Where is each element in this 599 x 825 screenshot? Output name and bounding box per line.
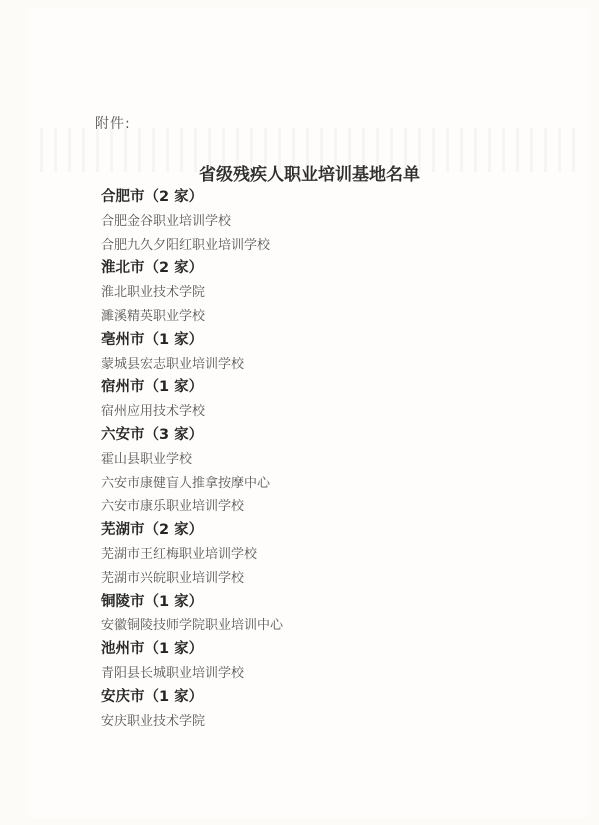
city-heading: 芜湖市（2 家）	[101, 519, 521, 543]
org-item: 芜湖市兴皖职业培训学校	[101, 567, 521, 591]
city-heading: 安庆市（1 家）	[101, 686, 521, 710]
org-item: 安徽铜陵技师学院职业培训中心	[101, 614, 521, 638]
city-group-chizhou: 池州市（1 家） 青阳县长城职业培训学校	[101, 638, 521, 686]
city-group-hefei: 合肥市（2 家） 合肥金谷职业培训学校 合肥九久夕阳红职业培训学校	[101, 186, 521, 257]
org-item: 安庆职业技术学院	[101, 710, 521, 734]
city-heading: 池州市（1 家）	[101, 638, 521, 662]
org-item: 六安市康乐职业培训学校	[101, 495, 521, 519]
org-item: 霍山县职业学校	[101, 448, 521, 472]
city-group-tongling: 铜陵市（1 家） 安徽铜陵技师学院职业培训中心	[101, 591, 521, 639]
attachment-label: 附件:	[95, 113, 131, 133]
org-item: 合肥九久夕阳红职业培训学校	[101, 234, 521, 258]
city-heading: 合肥市（2 家）	[101, 186, 521, 210]
city-group-wuhu: 芜湖市（2 家） 芜湖市王红梅职业培训学校 芜湖市兴皖职业培训学校	[101, 519, 521, 590]
city-group-bozhou: 亳州市（1 家） 蒙城县宏志职业培训学校	[101, 329, 521, 377]
city-group-huaibei: 淮北市（2 家） 淮北职业技术学院 濉溪精英职业学校	[101, 257, 521, 328]
city-group-luan: 六安市（3 家） 霍山县职业学校 六安市康健盲人推拿按摩中心 六安市康乐职业培训…	[101, 424, 521, 519]
city-heading: 宿州市（1 家）	[101, 376, 521, 400]
city-group-suzhou: 宿州市（1 家） 宿州应用技术学校	[101, 376, 521, 424]
city-group-anqing: 安庆市（1 家） 安庆职业技术学院	[101, 686, 521, 734]
city-heading: 淮北市（2 家）	[101, 257, 521, 281]
document-title: 省级残疾人职业培训基地名单	[0, 160, 599, 185]
org-item: 青阳县长城职业培训学校	[101, 662, 521, 686]
org-item: 淮北职业技术学院	[101, 281, 521, 305]
org-item: 濉溪精英职业学校	[101, 305, 521, 329]
org-item: 宿州应用技术学校	[101, 400, 521, 424]
org-item: 合肥金谷职业培训学校	[101, 210, 521, 234]
base-list: 合肥市（2 家） 合肥金谷职业培训学校 合肥九久夕阳红职业培训学校 淮北市（2 …	[101, 186, 521, 733]
city-heading: 六安市（3 家）	[101, 424, 521, 448]
city-heading: 铜陵市（1 家）	[101, 591, 521, 615]
city-heading: 亳州市（1 家）	[101, 329, 521, 353]
org-item: 蒙城县宏志职业培训学校	[101, 353, 521, 377]
org-item: 六安市康健盲人推拿按摩中心	[101, 472, 521, 496]
org-item: 芜湖市王红梅职业培训学校	[101, 543, 521, 567]
